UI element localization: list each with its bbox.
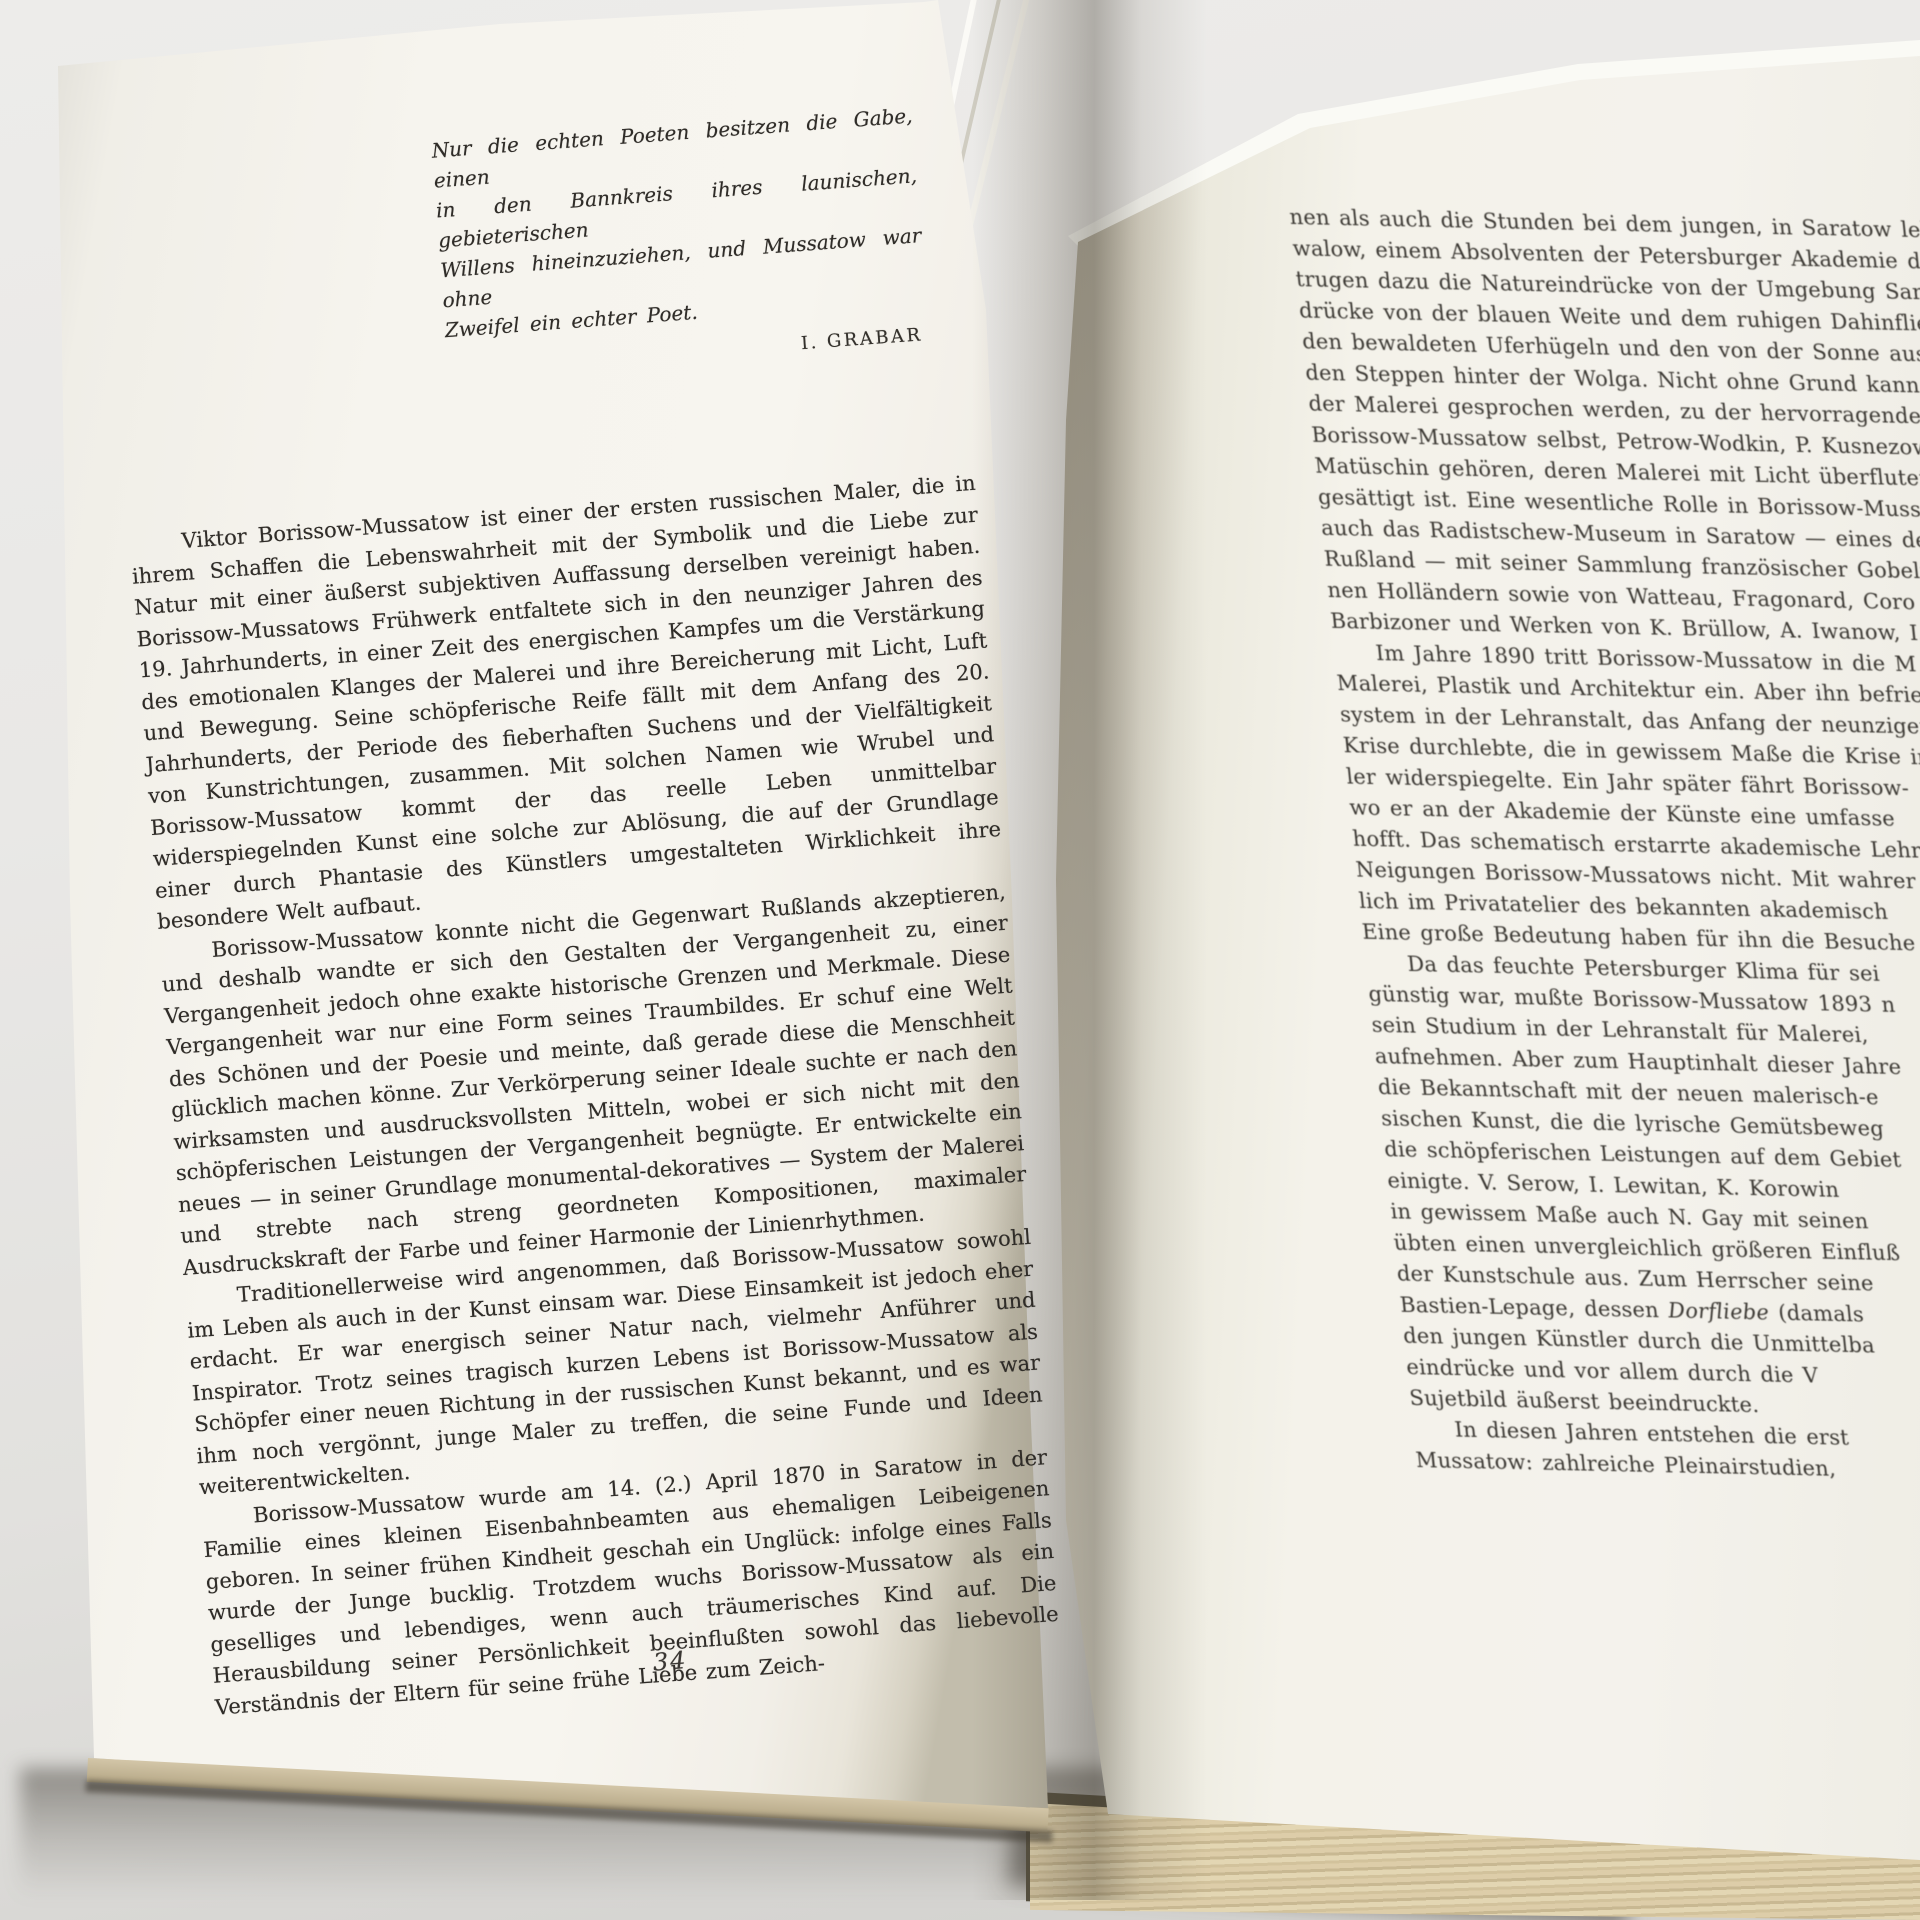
body-text: Viktor Borissow-Mussatow ist einer der e… <box>129 468 1062 1724</box>
page-number: 34 <box>652 1646 689 1676</box>
body-paragraph: Borissow-Mussatow konnte nicht die Gegen… <box>159 876 1030 1284</box>
book-photo: nen als auch die Stunden bei dem jungen,… <box>0 0 1920 1920</box>
epigraph: Nur die echten Poeten besitzen die Gabe,… <box>429 81 927 346</box>
body-paragraph: Viktor Borissow-Mussatow ist einer der e… <box>129 468 1005 939</box>
left-page-text: Nur die echten Poeten besitzen die Gabe,… <box>100 78 1070 1836</box>
italic-title: Dorfliebe <box>1667 1298 1770 1324</box>
